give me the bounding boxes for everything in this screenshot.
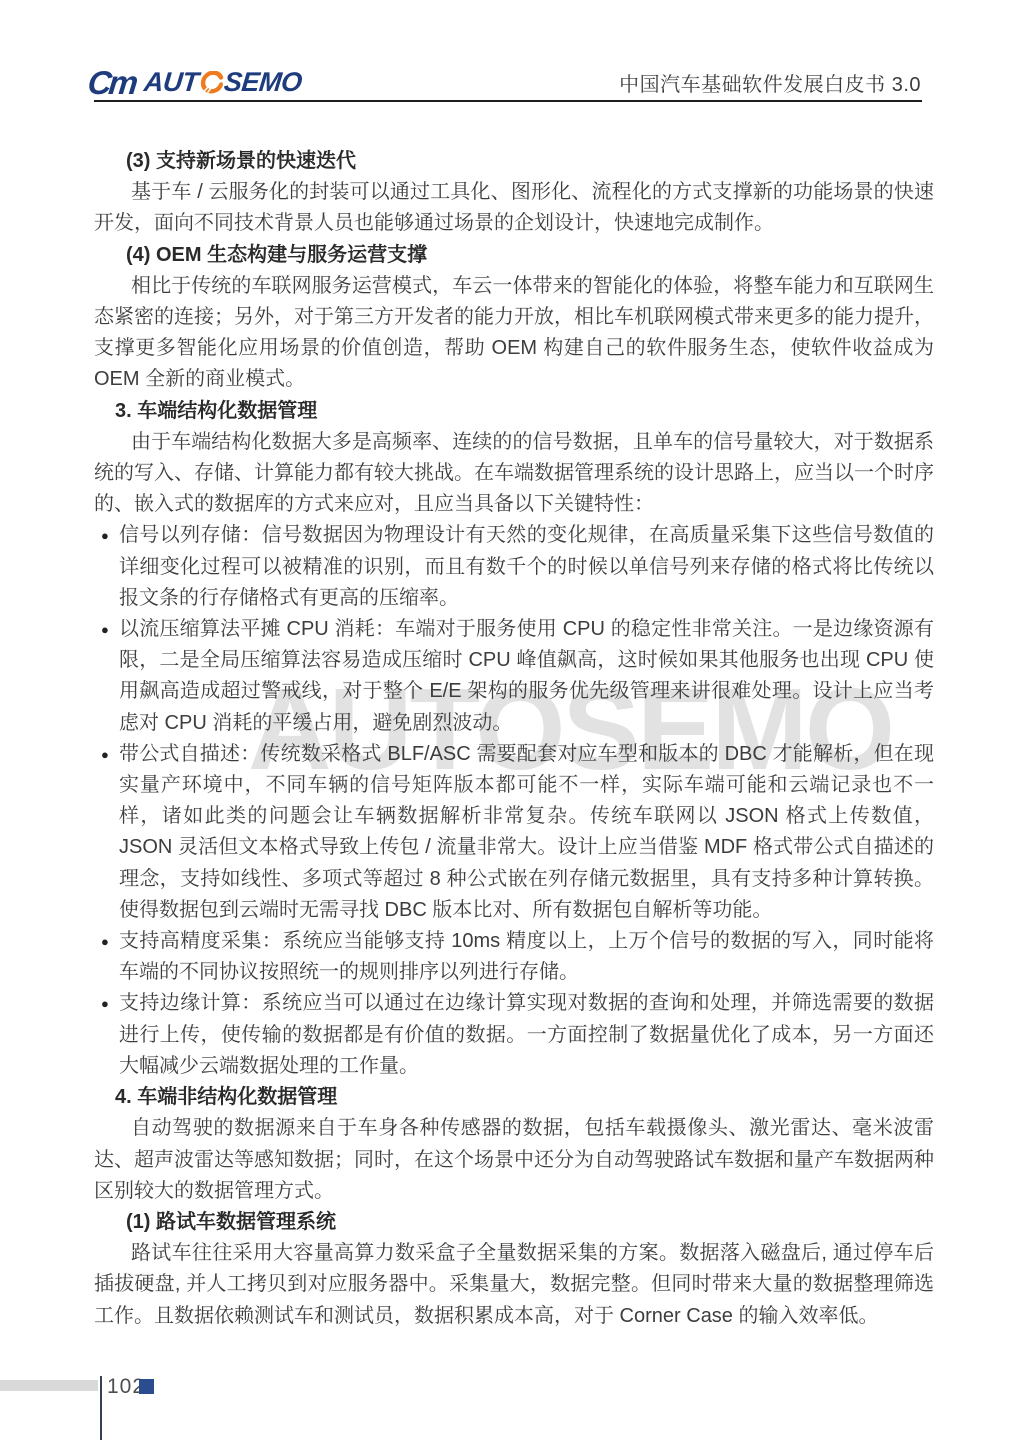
logo-wordmark: AUT SEMO [143,69,303,96]
page-header: Cm AUT SEMO 中国汽车基础软件发展白皮书 3.0 [88,64,921,100]
heading-road-test: (1) 路试车数据管理系统 [94,1207,934,1238]
para-new-scene: 基于车 / 云服务化的封装可以通过工具化、图形化、流程化的方式支撑新的功能场景的… [94,177,934,239]
heading-new-scene: (3) 支持新场景的快速迭代 [94,146,934,177]
autosemo-logo: Cm AUT SEMO [86,66,303,99]
heading-structured-data: 3. 车端结构化数据管理 [94,396,934,427]
para-road-test: 路试车往往采用大容量高算力数采盒子全量数据采集的方案。数据落入磁盘后, 通过停车… [94,1238,934,1332]
para-structured-data: 由于车端结构化数据大多是高频率、连续的的信号数据，且单车的信号量较大，对于数据系… [94,427,934,521]
logo-wordmark-left: AUT [143,69,200,96]
document-page: AUTOSEMO Cm AUT SEMO 中国汽车基础软件发展白皮书 3.0 (… [0,0,1019,1440]
list-item-stream-compression: 以流压缩算法平摊 CPU 消耗：车端对于服务使用 CPU 的稳定性非常关注。一是… [94,614,934,739]
header-title: 中国汽车基础软件发展白皮书 3.0 [619,68,921,97]
heading-oem: (4) OEM 生态构建与服务运营支撑 [94,240,934,271]
logo-cm-monogram: Cm [86,66,137,99]
list-item-self-describing: 带公式自描述：传统数采格式 BLF/ASC 需要配套对应车型和版本的 DBC 才… [94,739,934,926]
header-rule [94,100,922,102]
logo-o-swirl-icon [198,70,225,94]
footer-vertical-line [100,1376,102,1440]
key-feature-list: 信号以列存储：信号数据因为物理设计有天然的变化规律，在高质量采集下这些信号数值的… [94,520,934,1082]
footer-gray-bar [0,1380,98,1391]
logo-wordmark-right: SEMO [223,69,303,96]
heading-unstructured-data: 4. 车端非结构化数据管理 [94,1082,934,1113]
page-number-marker-square [139,1379,154,1394]
para-oem: 相比于传统的车联网服务运营模式，车云一体带来的智能化的体验，将整车能力和互联网生… [94,271,934,396]
list-item-high-precision: 支持高精度采集：系统应当能够支持 10ms 精度以上，上万个信号的数据的写入，同… [94,926,934,988]
list-item-column-storage: 信号以列存储：信号数据因为物理设计有天然的变化规律，在高质量采集下这些信号数值的… [94,520,934,614]
content-area: (3) 支持新场景的快速迭代 基于车 / 云服务化的封装可以通过工具化、图形化、… [94,146,934,1332]
list-item-edge-computing: 支持边缘计算：系统应当可以通过在边缘计算实现对数据的查询和处理，并筛选需要的数据… [94,988,934,1082]
para-unstructured-data: 自动驾驶的数据源来自于车身各种传感器的数据，包括车载摄像头、激光雷达、毫米波雷达… [94,1113,934,1207]
